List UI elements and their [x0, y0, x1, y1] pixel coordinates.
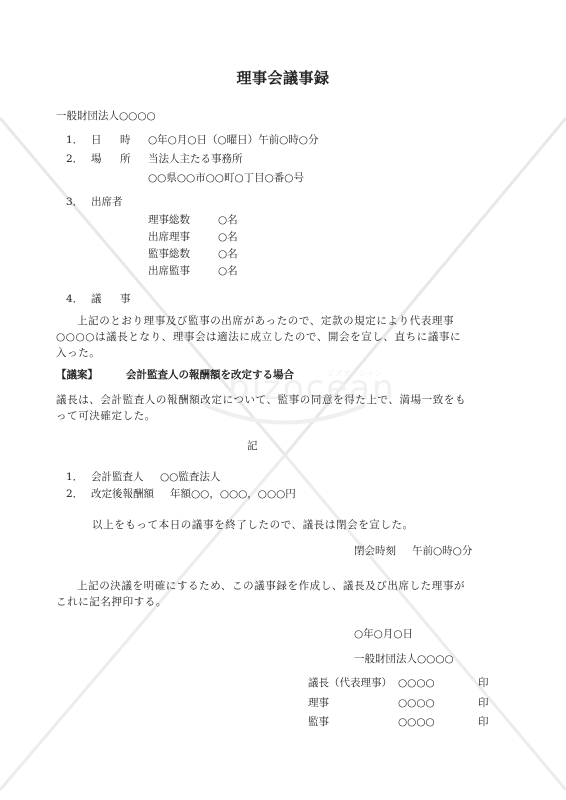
- proposal-tag: 【議案】: [56, 368, 98, 382]
- item-value-datetime: ○年○月○日（○曜日）午前○時○分: [148, 133, 318, 147]
- sign-organization: 一般財団法人○○○○: [354, 652, 454, 666]
- attendee-label: 理事総数: [148, 213, 190, 227]
- attendee-label: 監事総数: [148, 247, 190, 261]
- item-label-place: 場 所: [91, 152, 135, 166]
- item-num: 1．: [66, 133, 83, 147]
- detail-num: 2．: [66, 487, 83, 501]
- attendee-count: ○名: [218, 247, 238, 261]
- watermark-subtext: ビズオーシャン: [327, 368, 383, 379]
- document-title: 理事会議事録: [0, 71, 566, 85]
- organization-name: 一般財団法人○○○○: [56, 109, 156, 123]
- closing-time-value: 午前○時○分: [412, 544, 472, 558]
- ki-heading: 記: [247, 439, 258, 453]
- item-label-datetime: 日 時: [91, 133, 135, 147]
- closing-time-label: 閉会時刻: [354, 544, 396, 558]
- seal-mark: 印: [478, 715, 489, 729]
- item-value-address: ○○県○○市○○町○丁目○番○号: [148, 171, 304, 185]
- attendee-label: 出席理事: [148, 230, 190, 244]
- signature-name: ○○○○: [398, 696, 435, 710]
- attendee-count: ○名: [218, 213, 238, 227]
- detail-num: 1．: [66, 470, 83, 484]
- signature-name: ○○○○: [398, 676, 435, 690]
- seal-mark: 印: [478, 676, 489, 690]
- seal-mark: 印: [478, 696, 489, 710]
- detail-label: 改定後報酬額: [91, 487, 154, 501]
- item-num: 3．: [66, 195, 83, 209]
- signature-role: 理事: [308, 696, 329, 710]
- signature-role: 議長（代表理事）: [308, 676, 392, 690]
- proposal-paragraph: 議長は、会計監査人の報酬額改定について、監事の同意を得た上で、満場一致をもって可…: [56, 392, 468, 424]
- closing-paragraph: 以上をもって本日の議事を終了したので、議長は閉会を宣した。: [92, 518, 414, 532]
- item-value-place: 当法人主たる事務所: [148, 152, 243, 166]
- item-label-attendees: 出席者: [91, 195, 123, 209]
- proposal-title: 会計監査人の報酬額を改定する場合: [126, 368, 294, 382]
- certification-paragraph: 上記の決議を明確にするため、この議事録を作成し、議長及び出席した理事がこれに記名…: [56, 578, 468, 610]
- attendee-label: 出席監事: [148, 264, 190, 278]
- item-num: 4．: [66, 292, 83, 306]
- detail-label: 会計監査人: [91, 470, 144, 484]
- detail-value: ○○監査法人: [160, 470, 220, 484]
- detail-value: 年額○○，○○○，○○○円: [170, 487, 296, 501]
- agenda-paragraph: 上記のとおり理事及び監事の出席があったので、定款の規定により代表理事○○○○は議…: [56, 313, 468, 361]
- attendee-count: ○名: [218, 230, 238, 244]
- signature-name: ○○○○: [398, 715, 435, 729]
- signature-role: 監事: [308, 715, 329, 729]
- sign-date: ○年○月○日: [354, 627, 413, 641]
- item-num: 2．: [66, 152, 83, 166]
- agenda-heading: 議 事: [91, 292, 135, 306]
- attendee-count: ○名: [218, 264, 238, 278]
